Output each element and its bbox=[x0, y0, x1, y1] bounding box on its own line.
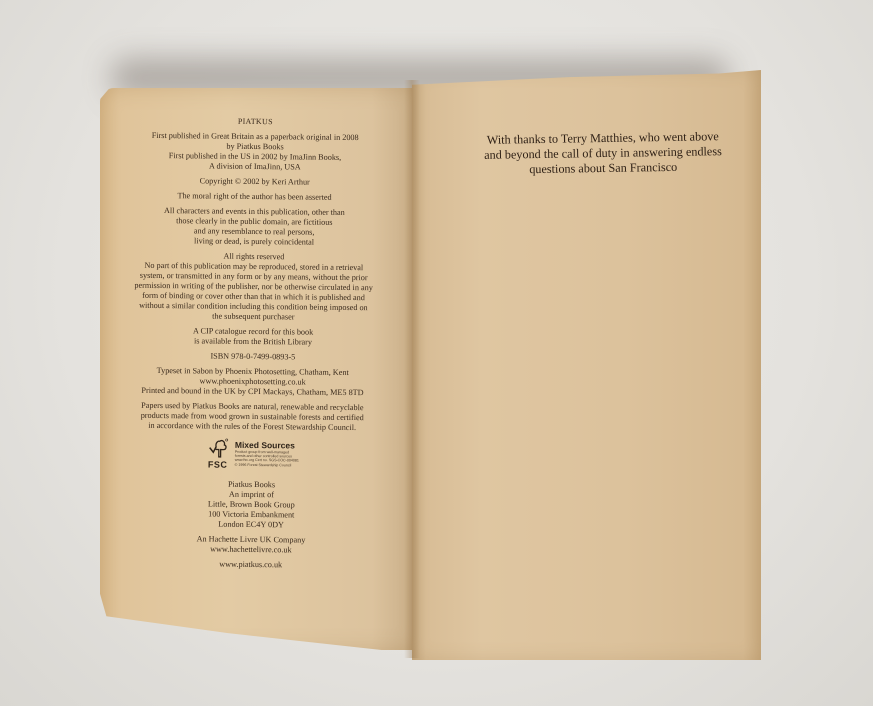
fiction-disclaimer: All characters and events in this public… bbox=[113, 206, 395, 249]
publisher-header: PIATKUS bbox=[114, 116, 396, 129]
imprint-address: Piatkus Books An imprint of Little, Brow… bbox=[110, 479, 393, 532]
paper-notice: Papers used by Piatkus Books are natural… bbox=[111, 401, 393, 434]
text-line: London EC4Y 0DY bbox=[110, 519, 392, 532]
text-line: living or dead, is purely coincidental bbox=[113, 236, 395, 249]
dedication-text: With thanks to Terry Matthies, who went … bbox=[448, 129, 759, 179]
fsc-fine-print: © 1996 Forest Stewardship Council bbox=[235, 462, 299, 467]
text-line: is available from the British Library bbox=[112, 336, 394, 349]
text-line: A division of ImaJinn, USA bbox=[114, 161, 396, 174]
rights-notice: All rights reserved No part of this publ… bbox=[112, 251, 395, 324]
parent-company: An Hachette Livre UK Company www.hachett… bbox=[110, 534, 392, 557]
isbn: ISBN 978-0-7499-0893-5 bbox=[112, 351, 394, 364]
publication-history: First published in Great Britain as a pa… bbox=[114, 131, 396, 174]
moral-right-notice: The moral right of the author has been a… bbox=[114, 191, 396, 204]
fsc-text: Mixed Sources Product group from well-ma… bbox=[235, 438, 299, 467]
fsc-title: Mixed Sources bbox=[235, 440, 299, 451]
fsc-logo: FSC bbox=[205, 438, 231, 470]
text-line: Printed and bound in the UK by CPI Macka… bbox=[111, 386, 393, 399]
text-line: in accordance with the rules of the Fore… bbox=[111, 421, 393, 434]
fsc-label: FSC bbox=[208, 460, 228, 470]
open-book: PIATKUS First published in Great Britain… bbox=[0, 0, 873, 706]
text-line: www.hachettelivre.co.uk bbox=[110, 544, 392, 557]
fsc-tree-check-icon bbox=[207, 438, 229, 460]
copyright-page-text: PIATKUS First published in Great Britain… bbox=[110, 116, 397, 577]
typesetting-printing: Typeset in Sabon by Phoenix Photosetting… bbox=[111, 366, 393, 399]
fsc-certification: FSC Mixed Sources Product group from wel… bbox=[111, 437, 393, 472]
book-spine-gutter bbox=[404, 80, 420, 658]
copyright-notice: Copyright © 2002 by Keri Arthur bbox=[114, 176, 396, 189]
cip-notice: A CIP catalogue record for this book is … bbox=[112, 326, 394, 349]
publisher-website: www.piatkus.co.uk bbox=[110, 559, 392, 572]
